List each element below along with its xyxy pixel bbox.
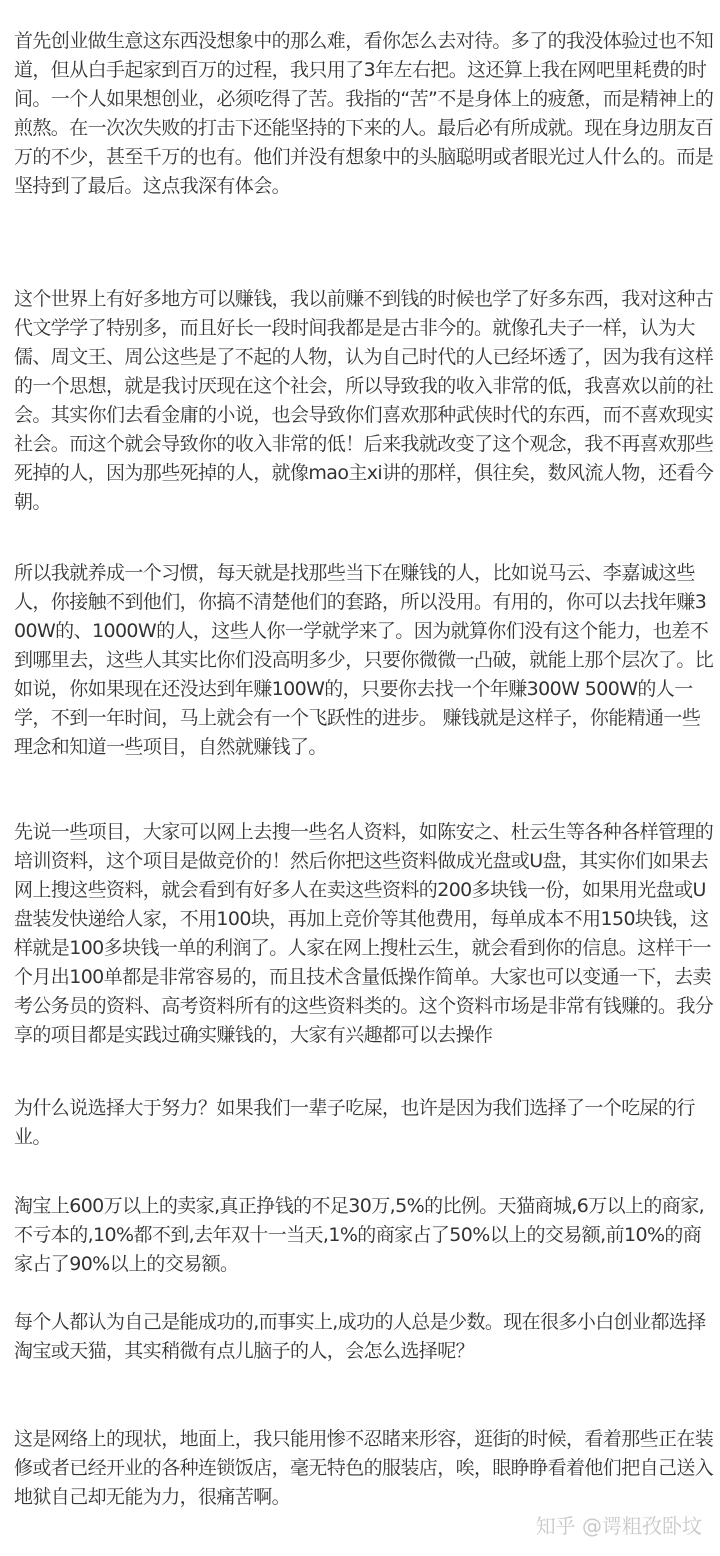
zhihu-watermark: 知乎 @谔粗孜卧坟 (536, 1510, 702, 1539)
paragraph-7: 每个人都认为自己是能成功的,而事实上,成功的人总是少数。现在很多小白创业都选择淘… (14, 1308, 714, 1366)
paragraph-1: 首先创业做生意这东西没想象中的那么难，看你怎么去对待。多了的我没体验过也不知道，… (14, 27, 714, 201)
paragraph-5: 为什么说选择大于努力？如果我们一辈子吃屎，也许是因为我们选择了一个吃屎的行业。 (14, 1094, 714, 1152)
paragraph-4: 先说一些项目，大家可以网上去搜一些名人资料，如陈安之、杜云生等各种各样管理的培训… (14, 818, 714, 1050)
paragraph-8: 这是网络上的现状，地面上，我只能用惨不忍睹来形容，逛街的时候，看着那些正在装修或… (14, 1425, 714, 1512)
paragraph-6: 淘宝上600万以上的卖家,真正挣钱的不足30万,5%的比例。天猫商城,6万以上的… (14, 1192, 714, 1279)
paragraph-2: 这个世界上有好多地方可以赚钱，我以前赚不到钱的时候也学了好多东西，我对这种古代文… (14, 285, 714, 517)
paragraph-3: 所以我就养成一个习惯，每天就是找那些当下在赚钱的人，比如说马云、李嘉诚这些人，你… (14, 559, 714, 762)
